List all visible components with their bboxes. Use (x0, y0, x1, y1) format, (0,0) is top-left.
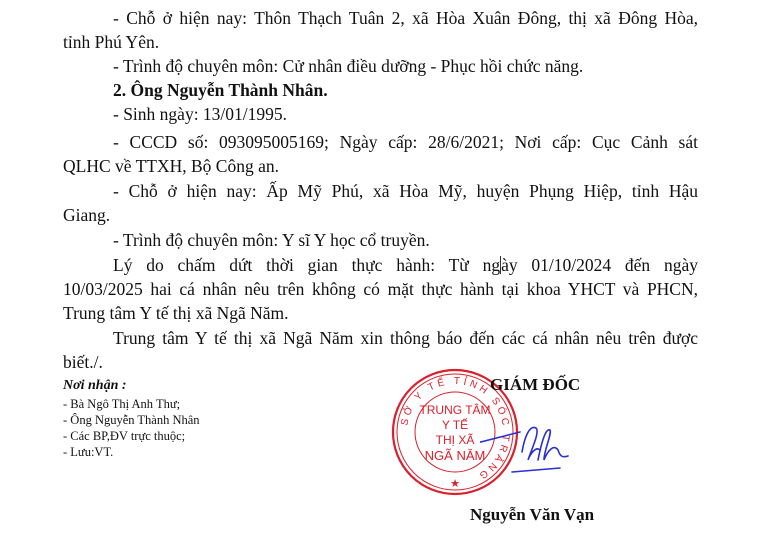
stamp-line-4: NGÃ NĂM (425, 448, 486, 463)
paragraph-address-2-line1: - Chỗ ở hiện nay: Ấp Mỹ Phú, xã Hòa Mỹ, … (113, 181, 698, 201)
paragraph-reason-line3: Trung tâm Y tế thị xã Ngã Năm. (63, 303, 289, 323)
paragraph-birthdate: - Sinh ngày: 13/01/1995. (113, 104, 287, 124)
paragraph-qualification-2: - Trình độ chuyên môn: Y sĩ Y học cổ tru… (113, 230, 430, 250)
stamp-star-icon: ★ (450, 478, 460, 490)
recipient-item: - Lưu:VT. (63, 445, 113, 460)
paragraph-notice-line2: biết./. (63, 352, 103, 372)
recipients-title: Nơi nhận : (63, 378, 127, 393)
paragraph-address-1-line1: - Chỗ ở hiện nay: Thôn Thạch Tuân 2, xã … (113, 8, 698, 28)
recipient-item: - Các BP,ĐV trực thuộc; (63, 429, 185, 444)
stamp-line-2: Y TẾ (442, 417, 468, 432)
recipient-item: - Ông Nguyễn Thành Nhân (63, 413, 200, 428)
paragraph-reason-line2: 10/03/2025 hai cá nhân nêu trên không có… (63, 279, 698, 299)
reason-text-after-cursor: ày 01/10/2024 đến ngày (501, 255, 698, 275)
paragraph-notice-line1: Trung tâm Y tế thị xã Ngã Năm xin thông … (113, 328, 698, 348)
paragraph-address-1-line2: tỉnh Phú Yên. (63, 32, 159, 52)
paragraph-qualification-1: - Trình độ chuyên môn: Cử nhân điều dưỡn… (113, 56, 583, 76)
reason-text-before-cursor: Lý do chấm dứt thời gian thực hành: Từ n… (113, 255, 500, 275)
paragraph-reason-line1[interactable]: Lý do chấm dứt thời gian thực hành: Từ n… (113, 255, 698, 275)
paragraph-address-2-line2: Giang. (63, 205, 110, 225)
stamp-line-1: TRUNG TÂM (419, 402, 490, 417)
handwritten-signature-icon (480, 420, 600, 480)
signer-name: Nguyễn Văn Vạn (470, 505, 594, 525)
recipient-item: - Bà Ngô Thị Anh Thư; (63, 397, 180, 412)
paragraph-id-card-line1: - CCCD số: 093095005169; Ngày cấp: 28/6/… (113, 132, 698, 152)
stamp-line-3: THỊ XÃ (436, 433, 475, 447)
paragraph-id-card-line2: QLHC về TTXH, Bộ Công an. (63, 156, 279, 176)
signature-title: GIÁM ĐỐC (490, 375, 580, 395)
section-heading-person-2: 2. Ông Nguyễn Thành Nhân. (113, 80, 328, 100)
